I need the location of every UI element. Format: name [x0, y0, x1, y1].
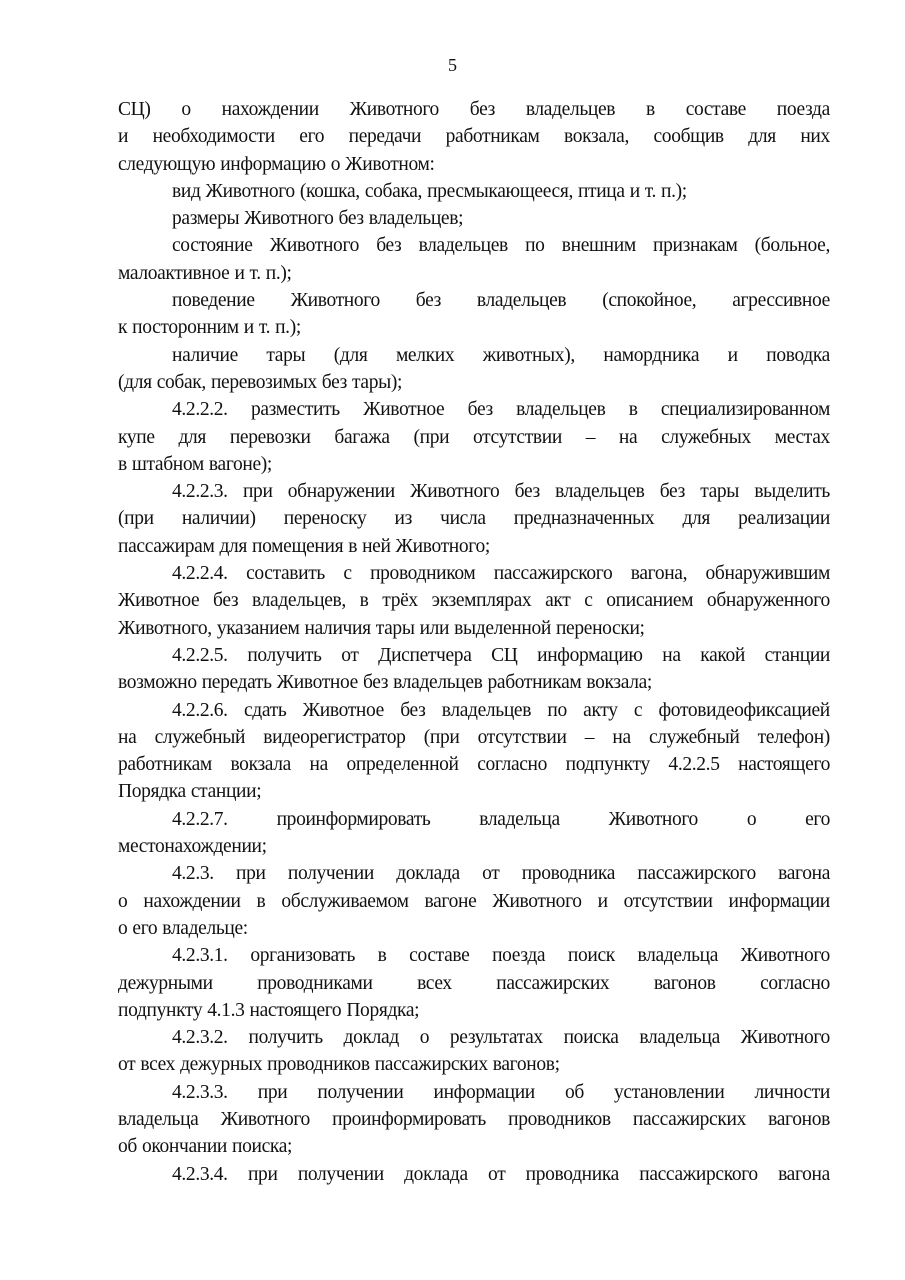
text-line: Животного,указаниемналичиятарыиливыделен…	[118, 615, 830, 642]
text-line: купедляперевозкибагажа(приотсутствии–нас…	[118, 424, 830, 451]
text-line: владельцаЖивотногопроинформироватьпровод…	[118, 1106, 830, 1133]
text-line: наличиетары(длямелкихживотных),намордник…	[118, 342, 830, 369]
page-number: 5	[0, 53, 905, 77]
text-line: (длясобак,перевозимыхбезтары);	[118, 369, 830, 396]
text-line: СЦ)онахожденииЖивотногобезвладельцеввсос…	[118, 96, 830, 123]
text-line: поведениеЖивотногобезвладельцев(спокойно…	[118, 287, 830, 314]
text-line: Животноебезвладельцев,втрёхэкземплярахак…	[118, 587, 830, 614]
text-line: малоактивноеит.п.);	[118, 260, 830, 287]
text-line: 4.2.3.1.организоватьвсоставепоездапоискв…	[118, 942, 830, 969]
text-line: кпостороннимит.п.);	[118, 314, 830, 341]
text-line: 4.2.2.5.получитьотДиспетчераСЦинформацию…	[118, 642, 830, 669]
text-line: 4.2.3.3.приполученииинформацииобустановл…	[118, 1079, 830, 1106]
text-line: работникамвокзаланаопределеннойсогласноп…	[118, 751, 830, 778]
text-line: 4.2.2.2.разместитьЖивотноебезвладельцевв…	[118, 396, 830, 423]
text-line: инеобходимостиегопередачиработникамвокза…	[118, 123, 830, 150]
text-line: оеговладельце:	[118, 915, 830, 942]
text-line: вштабномвагоне);	[118, 451, 830, 478]
text-line: онахождениивобслуживаемомвагонеЖивотного…	[118, 888, 830, 915]
text-line: состояниеЖивотногобезвладельцевповнешним…	[118, 232, 830, 259]
text-line: 4.2.3.2.получитьдокладорезультатахпоиска…	[118, 1024, 830, 1051]
text-line: дежурнымипроводникамивсехпассажирскихваг…	[118, 970, 830, 997]
document-body: СЦ)онахожденииЖивотногобезвладельцеввсос…	[118, 96, 830, 1188]
text-line: следующуюинформациюоЖивотном:	[118, 151, 830, 178]
text-line: местонахождении;	[118, 833, 830, 860]
text-line: отвсехдежурныхпроводниковпассажирскихваг…	[118, 1051, 830, 1078]
text-line: пассажирамдляпомещениявнейЖивотного;	[118, 533, 830, 560]
text-line: обокончаниипоиска;	[118, 1133, 830, 1160]
text-line: 4.2.2.4.составитьспроводникомпассажирско…	[118, 560, 830, 587]
text-line: размерыЖивотногобезвладельцев;	[118, 205, 830, 232]
text-line: 4.2.2.3.приобнаруженииЖивотногобезвладел…	[118, 478, 830, 505]
text-line: 4.2.2.7.проинформироватьвладельцаЖивотно…	[118, 806, 830, 833]
text-line: 4.2.3.4.приполучениидокладаотпроводникап…	[118, 1161, 830, 1188]
text-line: (приналичии)переноскуизчислапредназначен…	[118, 505, 830, 532]
text-line: возможнопередатьЖивотноебезвладельцевраб…	[118, 669, 830, 696]
text-line: 4.2.3.приполучениидокладаотпроводникапас…	[118, 860, 830, 887]
text-line: Порядкастанции;	[118, 778, 830, 805]
document-page: 5 СЦ)онахожденииЖивотногобезвладельцеввс…	[0, 0, 905, 1280]
text-line: 4.2.2.6.сдатьЖивотноебезвладельцевпоакту…	[118, 697, 830, 724]
text-line: видЖивотного(кошка,собака,пресмыкающееся…	[118, 178, 830, 205]
text-line: наслужебныйвидеорегистратор(приотсутстви…	[118, 724, 830, 751]
text-line: подпункту4.1.3настоящегоПорядка;	[118, 997, 830, 1024]
